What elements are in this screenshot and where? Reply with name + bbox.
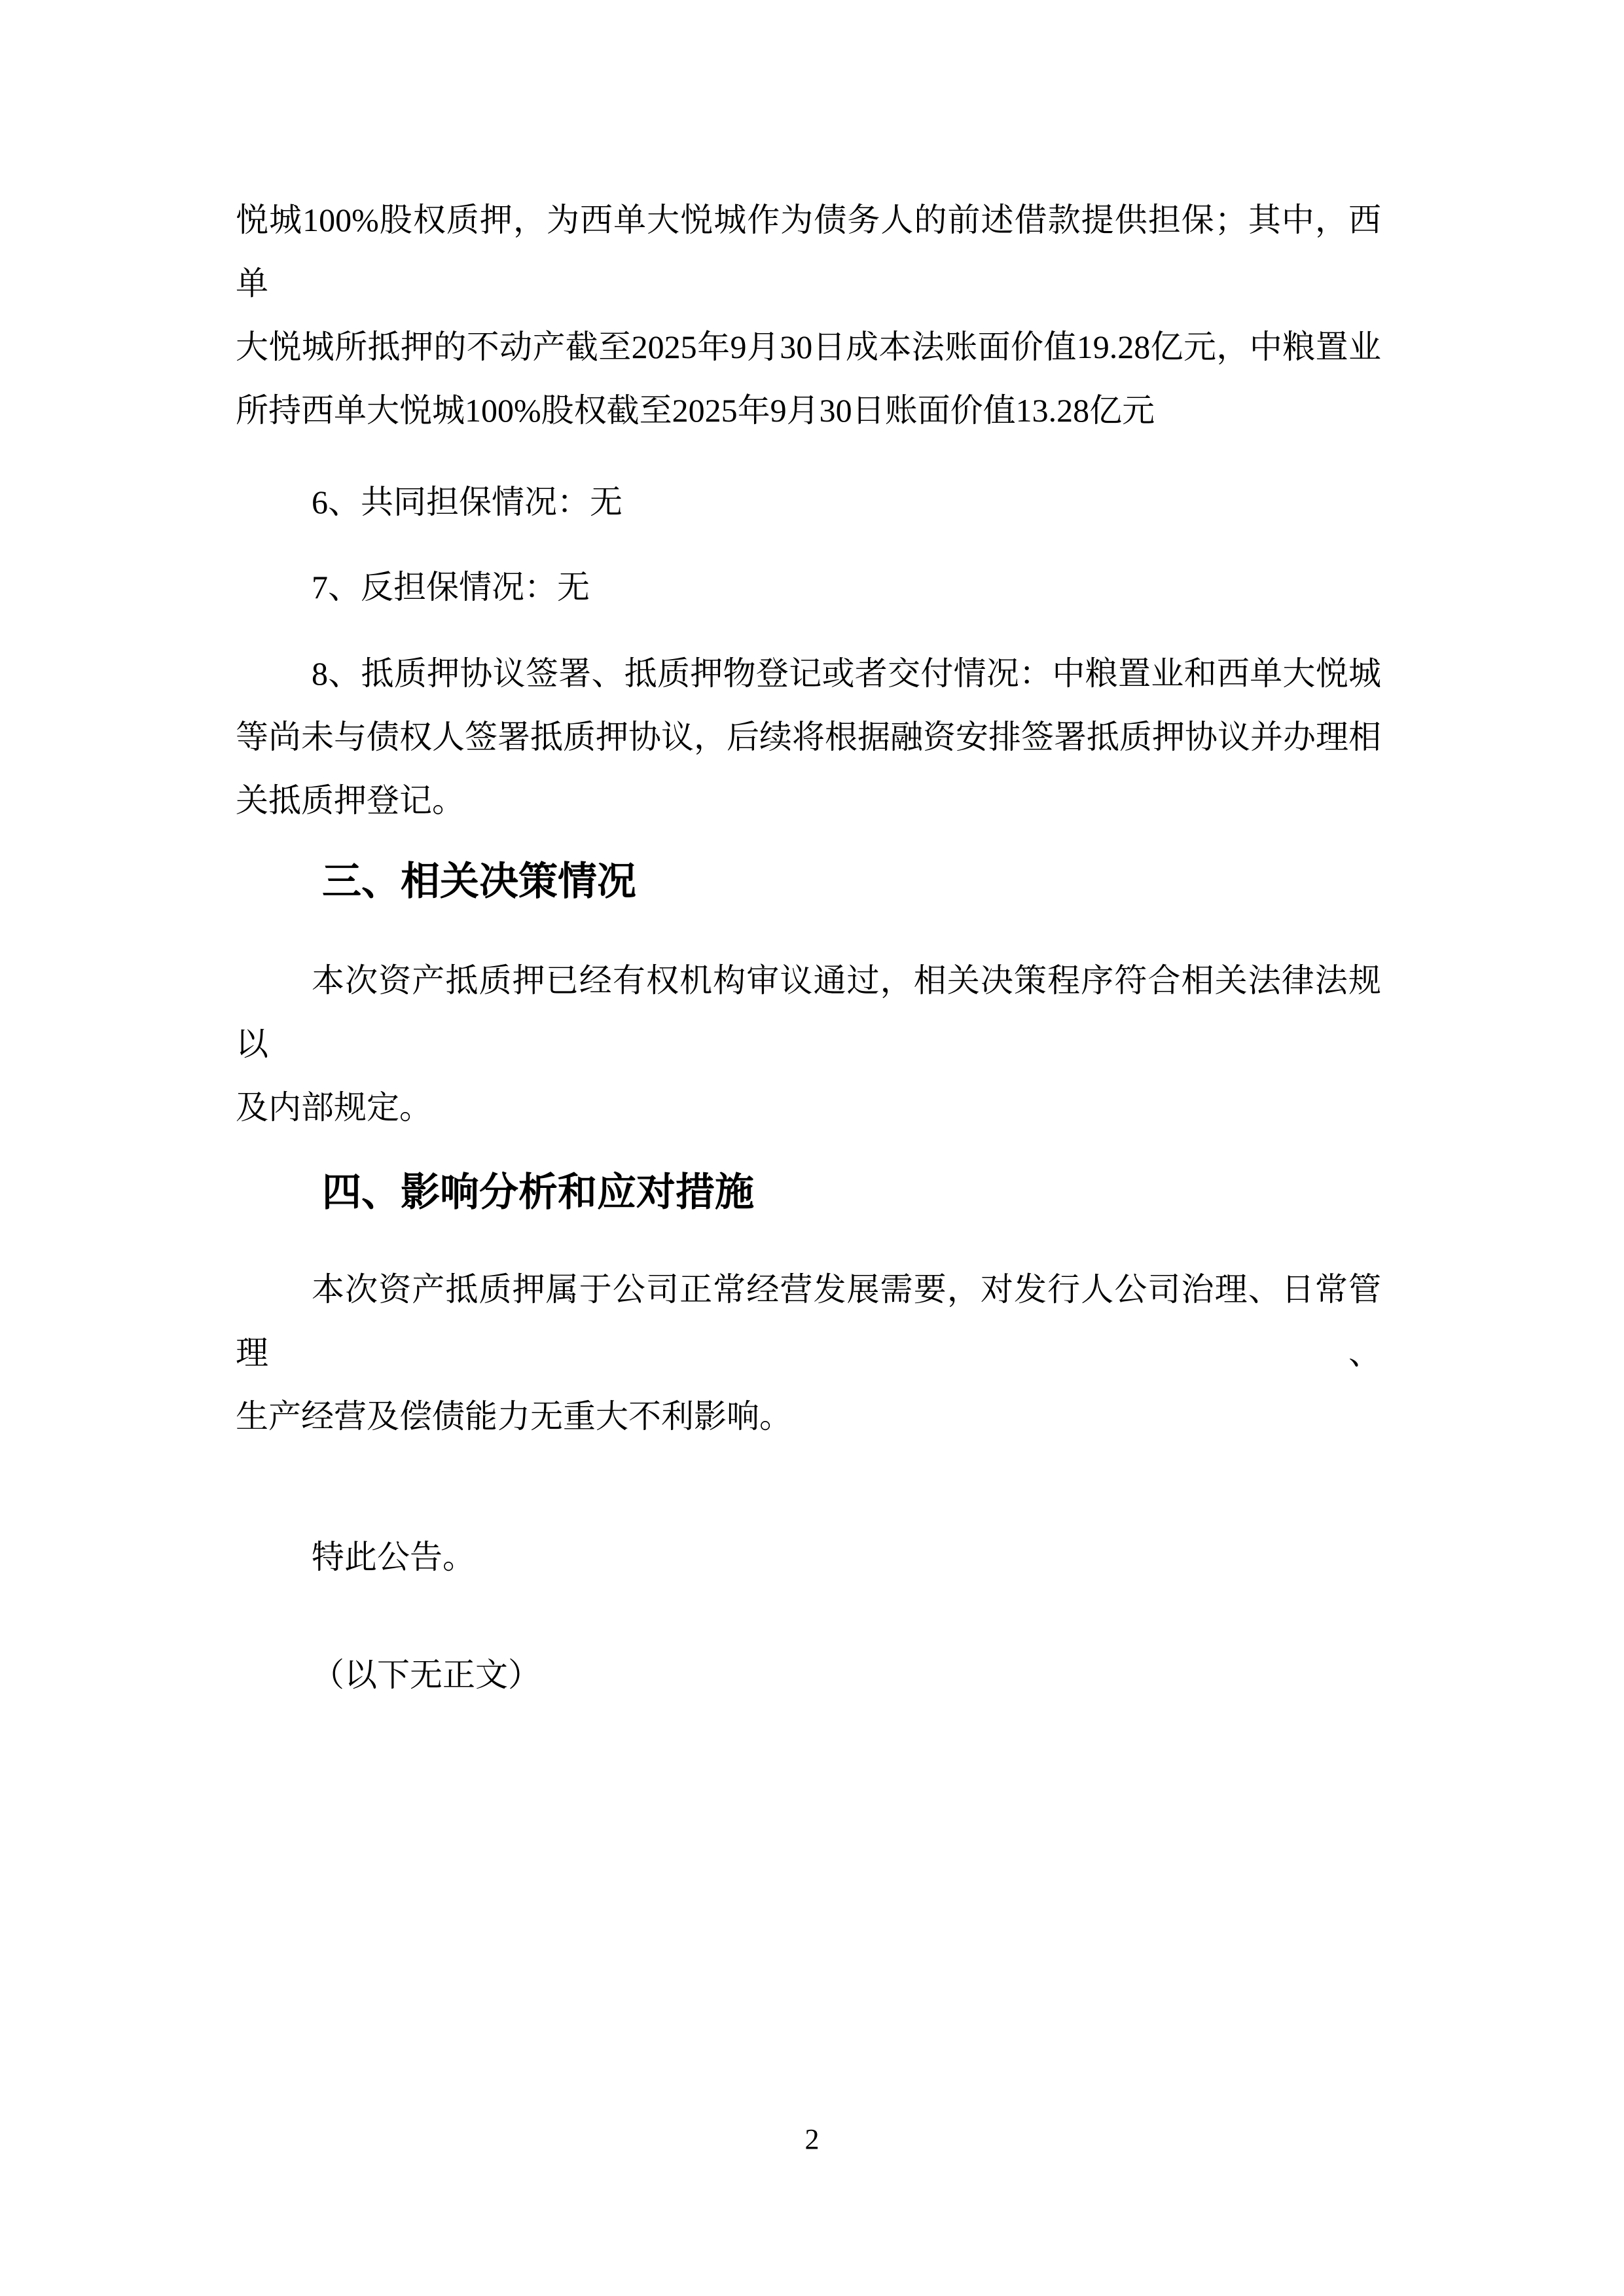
text-line: 及内部规定。 — [236, 1076, 1381, 1139]
list-item-7-counter-guarantee: 7、反担保情况：无 — [236, 556, 1381, 619]
announcement-body: 悦城100%股权质押，为西单大悦城作为债务人的前述借款提供担保；其中，西单 大悦… — [236, 188, 1381, 1707]
list-item-8-agreement-registration: 8、抵质押协议签署、抵质押物登记或者交付情况：中粮置业和西单大悦城 等尚未与债权… — [236, 642, 1381, 833]
closing-statement: 特此公告。 — [236, 1526, 1381, 1589]
text-line: 所持西单大悦城100%股权截至2025年9月30日账面价值13.28亿元 — [236, 379, 1381, 442]
text-line: 等尚未与债权人签署抵质押协议，后续将根据融资安排签署抵质押协议并办理相 — [236, 706, 1381, 769]
list-item-6-joint-guarantee: 6、共同担保情况：无 — [236, 471, 1381, 534]
text-line: （以下无正文） — [236, 1643, 1381, 1707]
text-line: 关抵质押登记。 — [236, 769, 1381, 833]
text-line: 6、共同担保情况：无 — [236, 471, 1381, 534]
text-line: 特此公告。 — [236, 1526, 1381, 1589]
text-line: 7、反担保情况：无 — [236, 556, 1381, 619]
text-line: 本次资产抵质押已经有权机构审议通过，相关决策程序符合相关法律法规以 — [236, 949, 1381, 1076]
section-heading-3-decision: 三、相关决策情况 — [236, 850, 1381, 914]
text-line: 8、抵质押协议签署、抵质押物登记或者交付情况：中粮置业和西单大悦城 — [236, 642, 1381, 706]
section-heading-4-impact: 四、影响分析和应对措施 — [236, 1161, 1381, 1225]
no-more-body-note: （以下无正文） — [236, 1643, 1381, 1707]
page-number: 2 — [0, 2123, 1624, 2156]
paragraph-pledge-values: 悦城100%股权质押，为西单大悦城作为债务人的前述借款提供担保；其中，西单 大悦… — [236, 188, 1381, 442]
paragraph-impact-analysis: 本次资产抵质押属于公司正常经营发展需要，对发行人公司治理、日常管理、 生产经营及… — [236, 1258, 1381, 1448]
text-line: 本次资产抵质押属于公司正常经营发展需要，对发行人公司治理、日常管理、 — [236, 1258, 1381, 1385]
paragraph-decision-procedure: 本次资产抵质押已经有权机构审议通过，相关决策程序符合相关法律法规以 及内部规定。 — [236, 949, 1381, 1139]
document-page: 悦城100%股权质押，为西单大悦城作为债务人的前述借款提供担保；其中，西单 大悦… — [0, 0, 1624, 2296]
text-line: 生产经营及偿债能力无重大不利影响。 — [236, 1385, 1381, 1448]
text-line: 悦城100%股权质押，为西单大悦城作为债务人的前述借款提供担保；其中，西单 — [236, 188, 1381, 315]
text-line: 大悦城所抵押的不动产截至2025年9月30日成本法账面价值19.28亿元，中粮置… — [236, 315, 1381, 379]
